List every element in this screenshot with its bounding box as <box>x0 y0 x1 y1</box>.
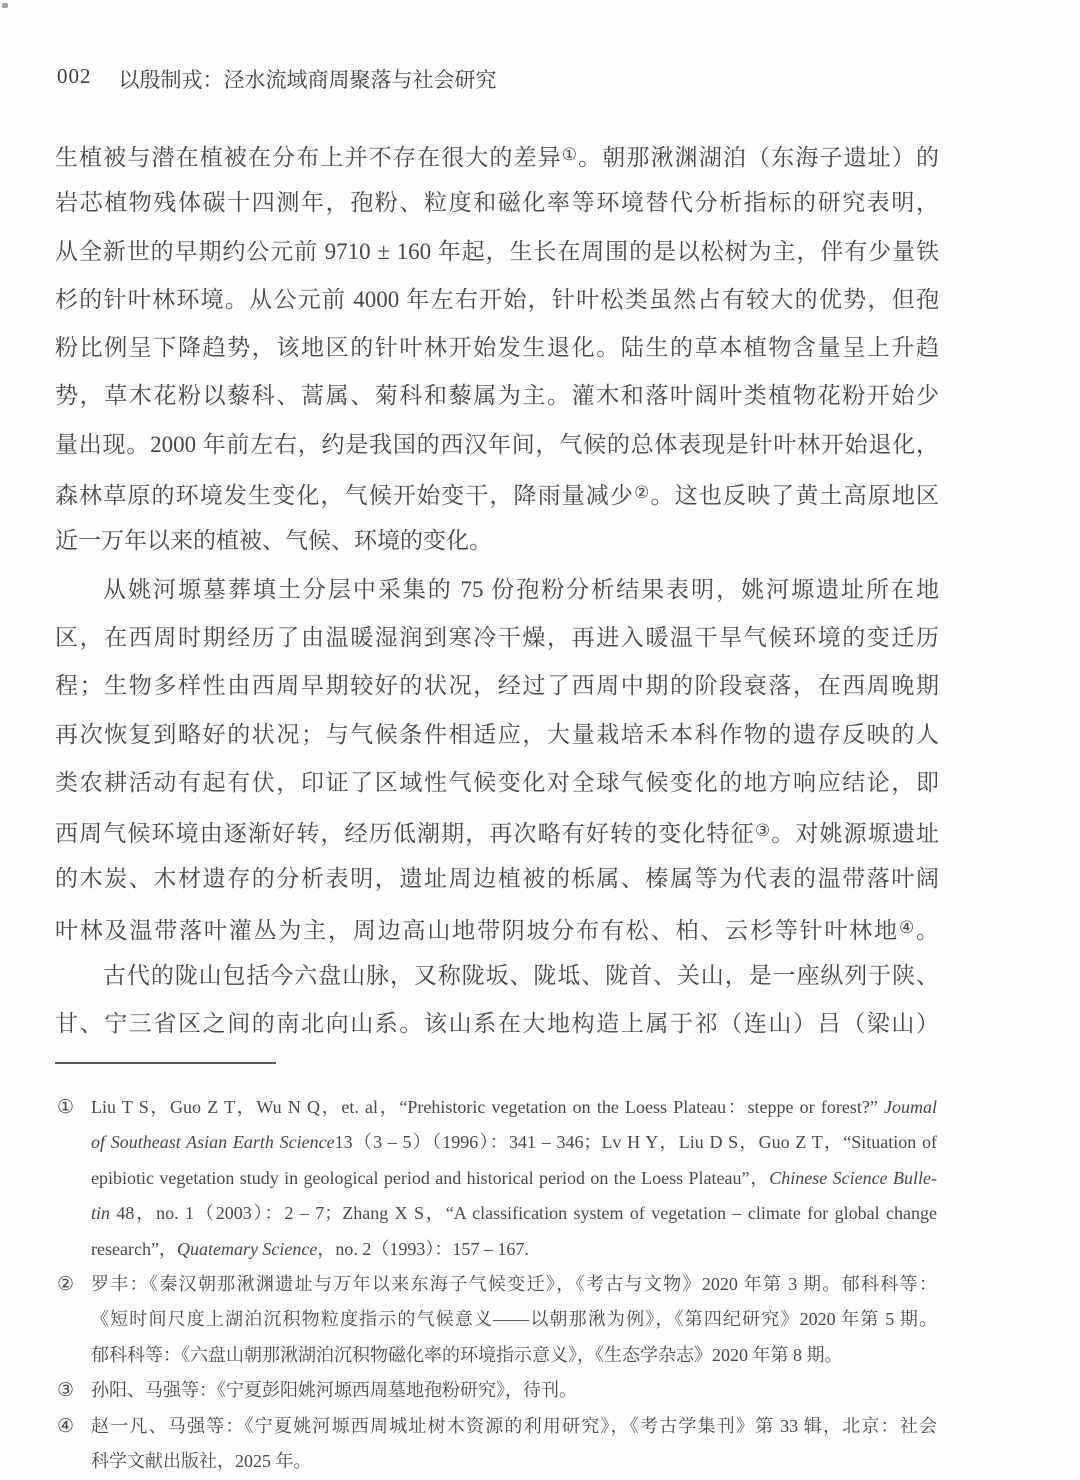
footnote-reference-mark: ① <box>562 145 578 164</box>
footnote-marker: ① <box>57 1090 91 1267</box>
footnote-item: ①Liu T S，Guo Z T，Wu N Q，et. al，“Prehisto… <box>57 1090 937 1267</box>
body-text-line: 生植被与潜在植被在分布上并不存在很大的差异①。朝那湫渊湖泊（东海子遗址）的 <box>55 131 939 179</box>
body-text-line: 叶林及温带落叶灌丛为主，周边高山地带阴坡分布有松、柏、云杉等针叶林地④。 <box>55 904 939 952</box>
footnote-segment: 48，no. 1（2003）：2 – 7；Zhang X S，“A classi… <box>110 1203 937 1223</box>
footnote-line: tin 48，no. 1（2003）：2 – 7；Zhang X S，“A cl… <box>91 1196 937 1231</box>
footnote-italic-segment: Quatemary Science <box>177 1239 317 1259</box>
footnote-italic-segment: tin <box>91 1203 110 1223</box>
footnote-segment: research”， <box>91 1239 177 1259</box>
footnote-text: Liu T S，Guo Z T，Wu N Q，et. al，“Prehistor… <box>91 1090 937 1267</box>
body-text-line: 再次恢复到略好的状况；与气候条件相适应，大量栽培禾本科作物的遗存反映的人 <box>55 711 939 759</box>
running-header: 002 以殷制戎：泾水流域商周聚落与社会研究 <box>57 64 497 94</box>
book-page: 002 以殷制戎：泾水流域商周聚落与社会研究 生植被与潜在植被在分布上并不存在很… <box>0 0 1080 1480</box>
footnote-separator <box>55 1062 276 1064</box>
footnote-line: 赵一凡、马强等：《宁夏姚河塬西周城址树木资源的利用研究》，《考古学集刊》第 33… <box>91 1409 937 1444</box>
footnote-reference-mark: ② <box>634 483 650 502</box>
footnote-segment: 《短时间尺度上湖泊沉积物粒度指示的气候意义——以朝那湫为例》，《第四纪研究》20… <box>91 1309 937 1329</box>
footnote-segment: ，no. 2（1993）：157 – 167. <box>317 1239 529 1259</box>
footnote-line: epibiotic vegetation study in geological… <box>91 1161 937 1196</box>
footnote-item: ②罗丰：《秦汉朝那湫渊遗址与万年以来东海子气候变迁》，《考古与文物》2020 年… <box>57 1267 937 1373</box>
footnote-line: 郁科科等：《六盘山朝那湫湖泊沉积物磁化率的环境指示意义》，《生态学杂志》2020… <box>91 1338 937 1373</box>
footnote-item: ③孙阳、马强等：《宁夏彭阳姚河塬西周墓地孢粉研究》，待刊。 <box>57 1373 937 1408</box>
footnote-item: ④赵一凡、马强等：《宁夏姚河塬西周城址树木资源的利用研究》，《考古学集刊》第 3… <box>57 1409 937 1480</box>
footnote-line: 孙阳、马强等：《宁夏彭阳姚河塬西周墓地孢粉研究》，待刊。 <box>91 1373 937 1408</box>
footnote-marker: ② <box>57 1267 91 1373</box>
footnote-segment: Liu T S，Guo Z T，Wu N Q，et. al，“Prehistor… <box>91 1097 884 1117</box>
footnote-line: Liu T S，Guo Z T，Wu N Q，et. al，“Prehistor… <box>91 1090 937 1125</box>
footnote-italic-segment: Chinese Science Bulle- <box>769 1168 937 1188</box>
body-text-line: 量出现。2000 年前左右，约是我国的西汉年间，气候的总体表现是针叶林开始退化， <box>55 421 939 469</box>
footnote-line: of Southeast Asian Earth Science13（3 – 5… <box>91 1125 937 1160</box>
body-text-line: 类农耕活动有起有伏，印证了区域性气候变化对全球气候变化的地方响应结论，即 <box>55 759 939 807</box>
body-text-line: 区，在西周时期经历了由温暖湿润到寒冷干燥，再进入暖温干旱气候环境的变迁历 <box>55 614 939 662</box>
footnote-italic-segment: of Southeast Asian Earth Science <box>91 1132 335 1152</box>
body-text-line: 从姚河塬墓葬填土分层中采集的 75 份孢粉分析结果表明，姚河塬遗址所在地 <box>55 566 939 614</box>
body-text-line: 从全新世的早期约公元前 9710 ± 160 年起，生长在周围的是以松树为主，伴… <box>55 228 939 276</box>
running-title: 以殷制戎：泾水流域商周聚落与社会研究 <box>119 64 497 94</box>
body-text-line: 程；生物多样性由西周早期较好的状况，经过了西周中期的阶段衰落，在西周晚期 <box>55 662 939 710</box>
footnote-text: 赵一凡、马强等：《宁夏姚河塬西周城址树木资源的利用研究》，《考古学集刊》第 33… <box>91 1409 937 1480</box>
footnote-line: 《短时间尺度上湖泊沉积物粒度指示的气候意义——以朝那湫为例》，《第四纪研究》20… <box>91 1302 937 1337</box>
footnote-marker: ③ <box>57 1373 91 1408</box>
scan-artifact <box>2 3 8 8</box>
page-number: 002 <box>57 64 92 94</box>
footnote-segment: epibiotic vegetation study in geological… <box>91 1168 769 1188</box>
footnote-line: 罗丰：《秦汉朝那湫渊遗址与万年以来东海子气候变迁》，《考古与文物》2020 年第… <box>91 1267 937 1302</box>
body-text-line: 近一万年以来的植被、气候、环境的变化。 <box>55 517 939 565</box>
body-text-line: 势，草木花粉以藜科、蒿属、菊科和藜属为主。灌木和落叶阔叶类植物花粉开始少 <box>55 372 939 420</box>
body-text-line: 的木炭、木材遗存的分析表明，遗址周边植被的栎属、榛属等为代表的温带落叶阔 <box>55 855 939 903</box>
footnote-segment: 13（3 – 5）（1996）：341 – 346；Lv H Y，Liu D S… <box>335 1132 937 1152</box>
footnote-marker: ④ <box>57 1409 91 1480</box>
body-text-line: 粉比例呈下降趋势，该地区的针叶林开始发生退化。陆生的草本植物含量呈上升趋 <box>55 324 939 372</box>
footnote-line: research”，Quatemary Science，no. 2（1993）：… <box>91 1232 937 1267</box>
body-text-line: 森林草原的环境发生变化，气候开始变干，降雨量减少②。这也反映了黄土高原地区 <box>55 469 939 517</box>
body-text-line: 古代的陇山包括今六盘山脉，又称陇坂、陇坻、陇首、关山，是一座纵列于陕、 <box>55 952 939 1000</box>
footnote-segment: 孙阳、马强等：《宁夏彭阳姚河塬西周墓地孢粉研究》，待刊。 <box>91 1380 577 1400</box>
footnote-reference-mark: ③ <box>755 821 771 840</box>
body-text-line: 杉的针叶林环境。从公元前 4000 年左右开始，针叶松类虽然占有较大的优势，但孢 <box>55 276 939 324</box>
body-text-line: 岩芯植物残体碳十四测年，孢粉、粒度和磁化率等环境替代分析指标的研究表明， <box>55 179 939 227</box>
footnote-segment: 罗丰：《秦汉朝那湫渊遗址与万年以来东海子气候变迁》，《考古与文物》2020 年第… <box>91 1274 937 1294</box>
footnote-reference-mark: ④ <box>899 918 916 937</box>
footnote-segment: 郁科科等：《六盘山朝那湫湖泊沉积物磁化率的环境指示意义》，《生态学杂志》2020… <box>91 1345 843 1365</box>
body-text: 生植被与潜在植被在分布上并不存在很大的差异①。朝那湫渊湖泊（东海子遗址）的岩芯植… <box>55 131 939 1049</box>
footnote-text: 罗丰：《秦汉朝那湫渊遗址与万年以来东海子气候变迁》，《考古与文物》2020 年第… <box>91 1267 937 1373</box>
body-text-line: 甘、宁三省区之间的南北向山系。该山系在大地构造上属于祁（连山）吕（梁山） <box>55 1000 939 1048</box>
footnote-italic-segment: Joumal <box>884 1097 937 1117</box>
footnote-line: 科学文献出版社，2025 年。 <box>91 1444 937 1479</box>
footnote-text: 孙阳、马强等：《宁夏彭阳姚河塬西周墓地孢粉研究》，待刊。 <box>91 1373 937 1408</box>
body-text-line: 西周气候环境由逐渐好转，经历低潮期，再次略有好转的变化特征③。对姚源塬遗址 <box>55 807 939 855</box>
footnote-segment: 科学文献出版社，2025 年。 <box>91 1451 312 1471</box>
footnote-segment: 赵一凡、马强等：《宁夏姚河塬西周城址树木资源的利用研究》，《考古学集刊》第 33… <box>91 1416 937 1436</box>
footnotes: ①Liu T S，Guo Z T，Wu N Q，et. al，“Prehisto… <box>57 1090 937 1479</box>
